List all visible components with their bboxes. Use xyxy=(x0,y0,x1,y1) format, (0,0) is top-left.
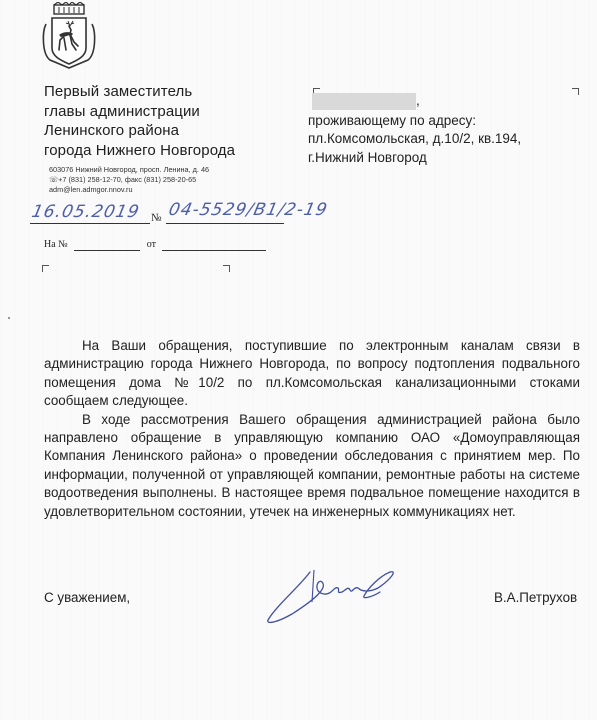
recipient-line: проживающему по адресу: xyxy=(308,112,521,131)
corner-mark xyxy=(223,265,230,272)
phone-fax: ☏+7 (831) 258-12-70, факс (831) 258-20-6… xyxy=(49,175,209,185)
redacted-recipient-name xyxy=(312,93,416,110)
corner-mark xyxy=(42,265,49,272)
reference-line: На № от xyxy=(44,239,266,251)
body-paragraph: В ходе рассмотрения Вашего обращения адм… xyxy=(44,411,580,521)
body-paragraph: На Ваши обращения, поступившие по электр… xyxy=(44,337,580,411)
paper-speck xyxy=(8,317,10,319)
organization-title: Первый заместитель главы администрации Л… xyxy=(44,82,235,160)
closing-salutation: С уважением, xyxy=(44,590,130,605)
letter-body: На Ваши обращения, поступившие по электр… xyxy=(44,337,580,521)
address: 603076 Нижний Новгород, просп. Ленина, д… xyxy=(49,165,209,175)
recipient-address: пл.Комсомольская, д.10/2, кв.194, xyxy=(308,130,521,149)
recipient-city: г.Нижний Новгород xyxy=(308,149,521,168)
letter-page: Первый заместитель главы администрации Л… xyxy=(0,0,597,720)
signer-name: В.А.Петрухов xyxy=(494,590,577,605)
corner-mark xyxy=(572,88,579,95)
org-line: Ленинского района xyxy=(44,121,235,141)
registration-line: 16.05.2019 № 04-5529/В1/2-19 xyxy=(28,200,408,230)
ref-number-label: На № xyxy=(44,239,68,250)
org-line: Первый заместитель xyxy=(44,82,235,102)
ref-from-label: от xyxy=(147,239,156,250)
registration-number: 04-5529/В1/2-19 xyxy=(167,200,330,220)
registration-date: 16.05.2019 xyxy=(30,202,142,222)
org-line: города Нижнего Новгорода xyxy=(44,141,235,161)
ref-number-blank xyxy=(74,239,140,251)
number-underline xyxy=(166,223,284,224)
org-line: главы администрации xyxy=(44,102,235,122)
number-sign: № xyxy=(151,212,162,224)
coat-of-arms-icon xyxy=(40,2,98,70)
ref-date-blank xyxy=(162,239,266,251)
date-underline xyxy=(30,223,150,224)
signature-icon xyxy=(258,562,414,626)
organization-contacts: 603076 Нижний Новгород, просп. Ленина, д… xyxy=(49,165,209,195)
email: adm@len.admgor.nnov.ru xyxy=(49,185,209,195)
recipient-block: , проживающему по адресу: пл.Комсомольск… xyxy=(308,92,521,167)
